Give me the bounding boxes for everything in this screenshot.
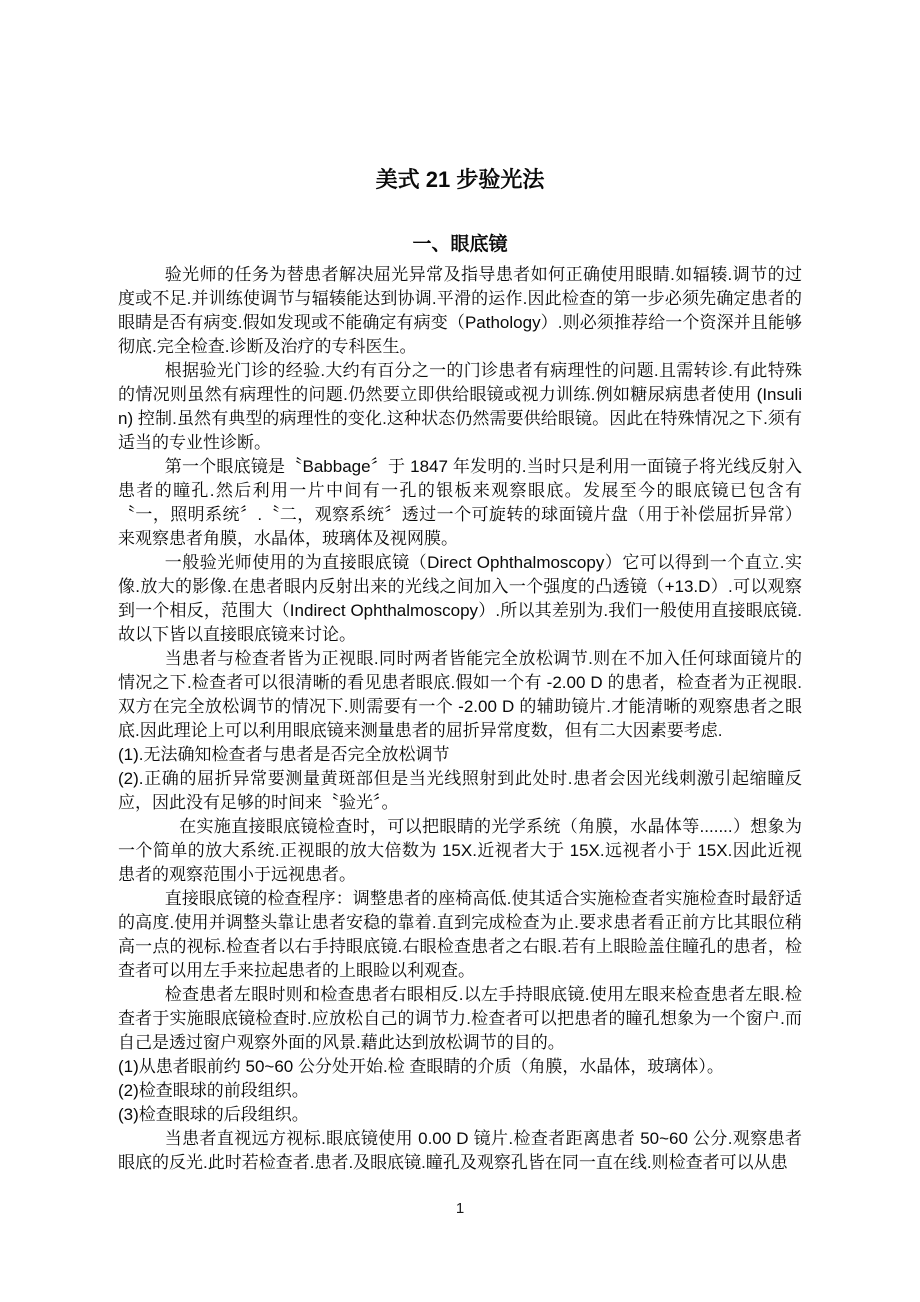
paragraph-clinic-experience: 根据验光门诊的经验.大约有百分之一的门诊患者有病理性的问题.且需转诊.有此特殊的… (118, 359, 802, 455)
list-item-factor-1: (1).无法确知检查者与患者是否完全放松调节 (118, 743, 802, 767)
paragraph-distance-target: 当患者直视远方视标.眼底镜使用 0.00 D 镜片.检查者距离患者 50~60 … (118, 1127, 802, 1175)
list-item-step-2: (2)检查眼球的前段组织。 (118, 1079, 802, 1103)
paragraph-optometrist-task: 验光师的任务为替患者解决屈光异常及指导患者如何正确使用眼睛.如辐辏.调节的过度或… (118, 263, 802, 359)
document-page: 美式 21 步验光法 一、眼底镜 验光师的任务为替患者解决屈光异常及指导患者如何… (0, 0, 920, 1302)
list-item-step-1: (1)从患者眼前约 50~60 公分处开始.检 查眼睛的介质（角膜，水晶体，玻璃… (118, 1055, 802, 1079)
paragraph-magnification: 在实施直接眼底镜检查时，可以把眼睛的光学系统（角膜，水晶体等.......）想象… (118, 815, 802, 887)
section-heading: 一、眼底镜 (118, 232, 802, 258)
page-title: 美式 21 步验光法 (118, 166, 802, 194)
paragraph-exam-procedure: 直接眼底镜的检查程序：调整患者的座椅高低.使其适合实施检查者实施检查时最舒适的高… (118, 887, 802, 983)
list-item-factor-2: (2).正确的屈折异常要测量黄斑部但是当光线照射到此处时.患者会因光线刺激引起缩… (118, 767, 802, 815)
page-number: 1 (0, 1200, 920, 1217)
paragraph-left-eye-exam: 检查患者左眼时则和检查患者右眼相反.以左手持眼底镜.使用左眼来检查患者左眼.检查… (118, 983, 802, 1055)
paragraph-emmetropia-case: 当患者与检查者皆为正视眼.同时两者皆能完全放松调节.则在不加入任何球面镜片的情况… (118, 647, 802, 743)
list-item-step-3: (3)检查眼球的后段组织。 (118, 1103, 802, 1127)
paragraph-first-ophthalmoscope: 第一个眼底镜是〝Babbage〞于 1847 年发明的.当时只是利用一面镜子将光… (118, 455, 802, 551)
paragraph-direct-ophthalmoscopy: 一般验光师使用的为直接眼底镜（Direct Ophthalmoscopy）它可以… (118, 551, 802, 647)
document-content: 美式 21 步验光法 一、眼底镜 验光师的任务为替患者解决屈光异常及指导患者如何… (118, 166, 802, 1175)
